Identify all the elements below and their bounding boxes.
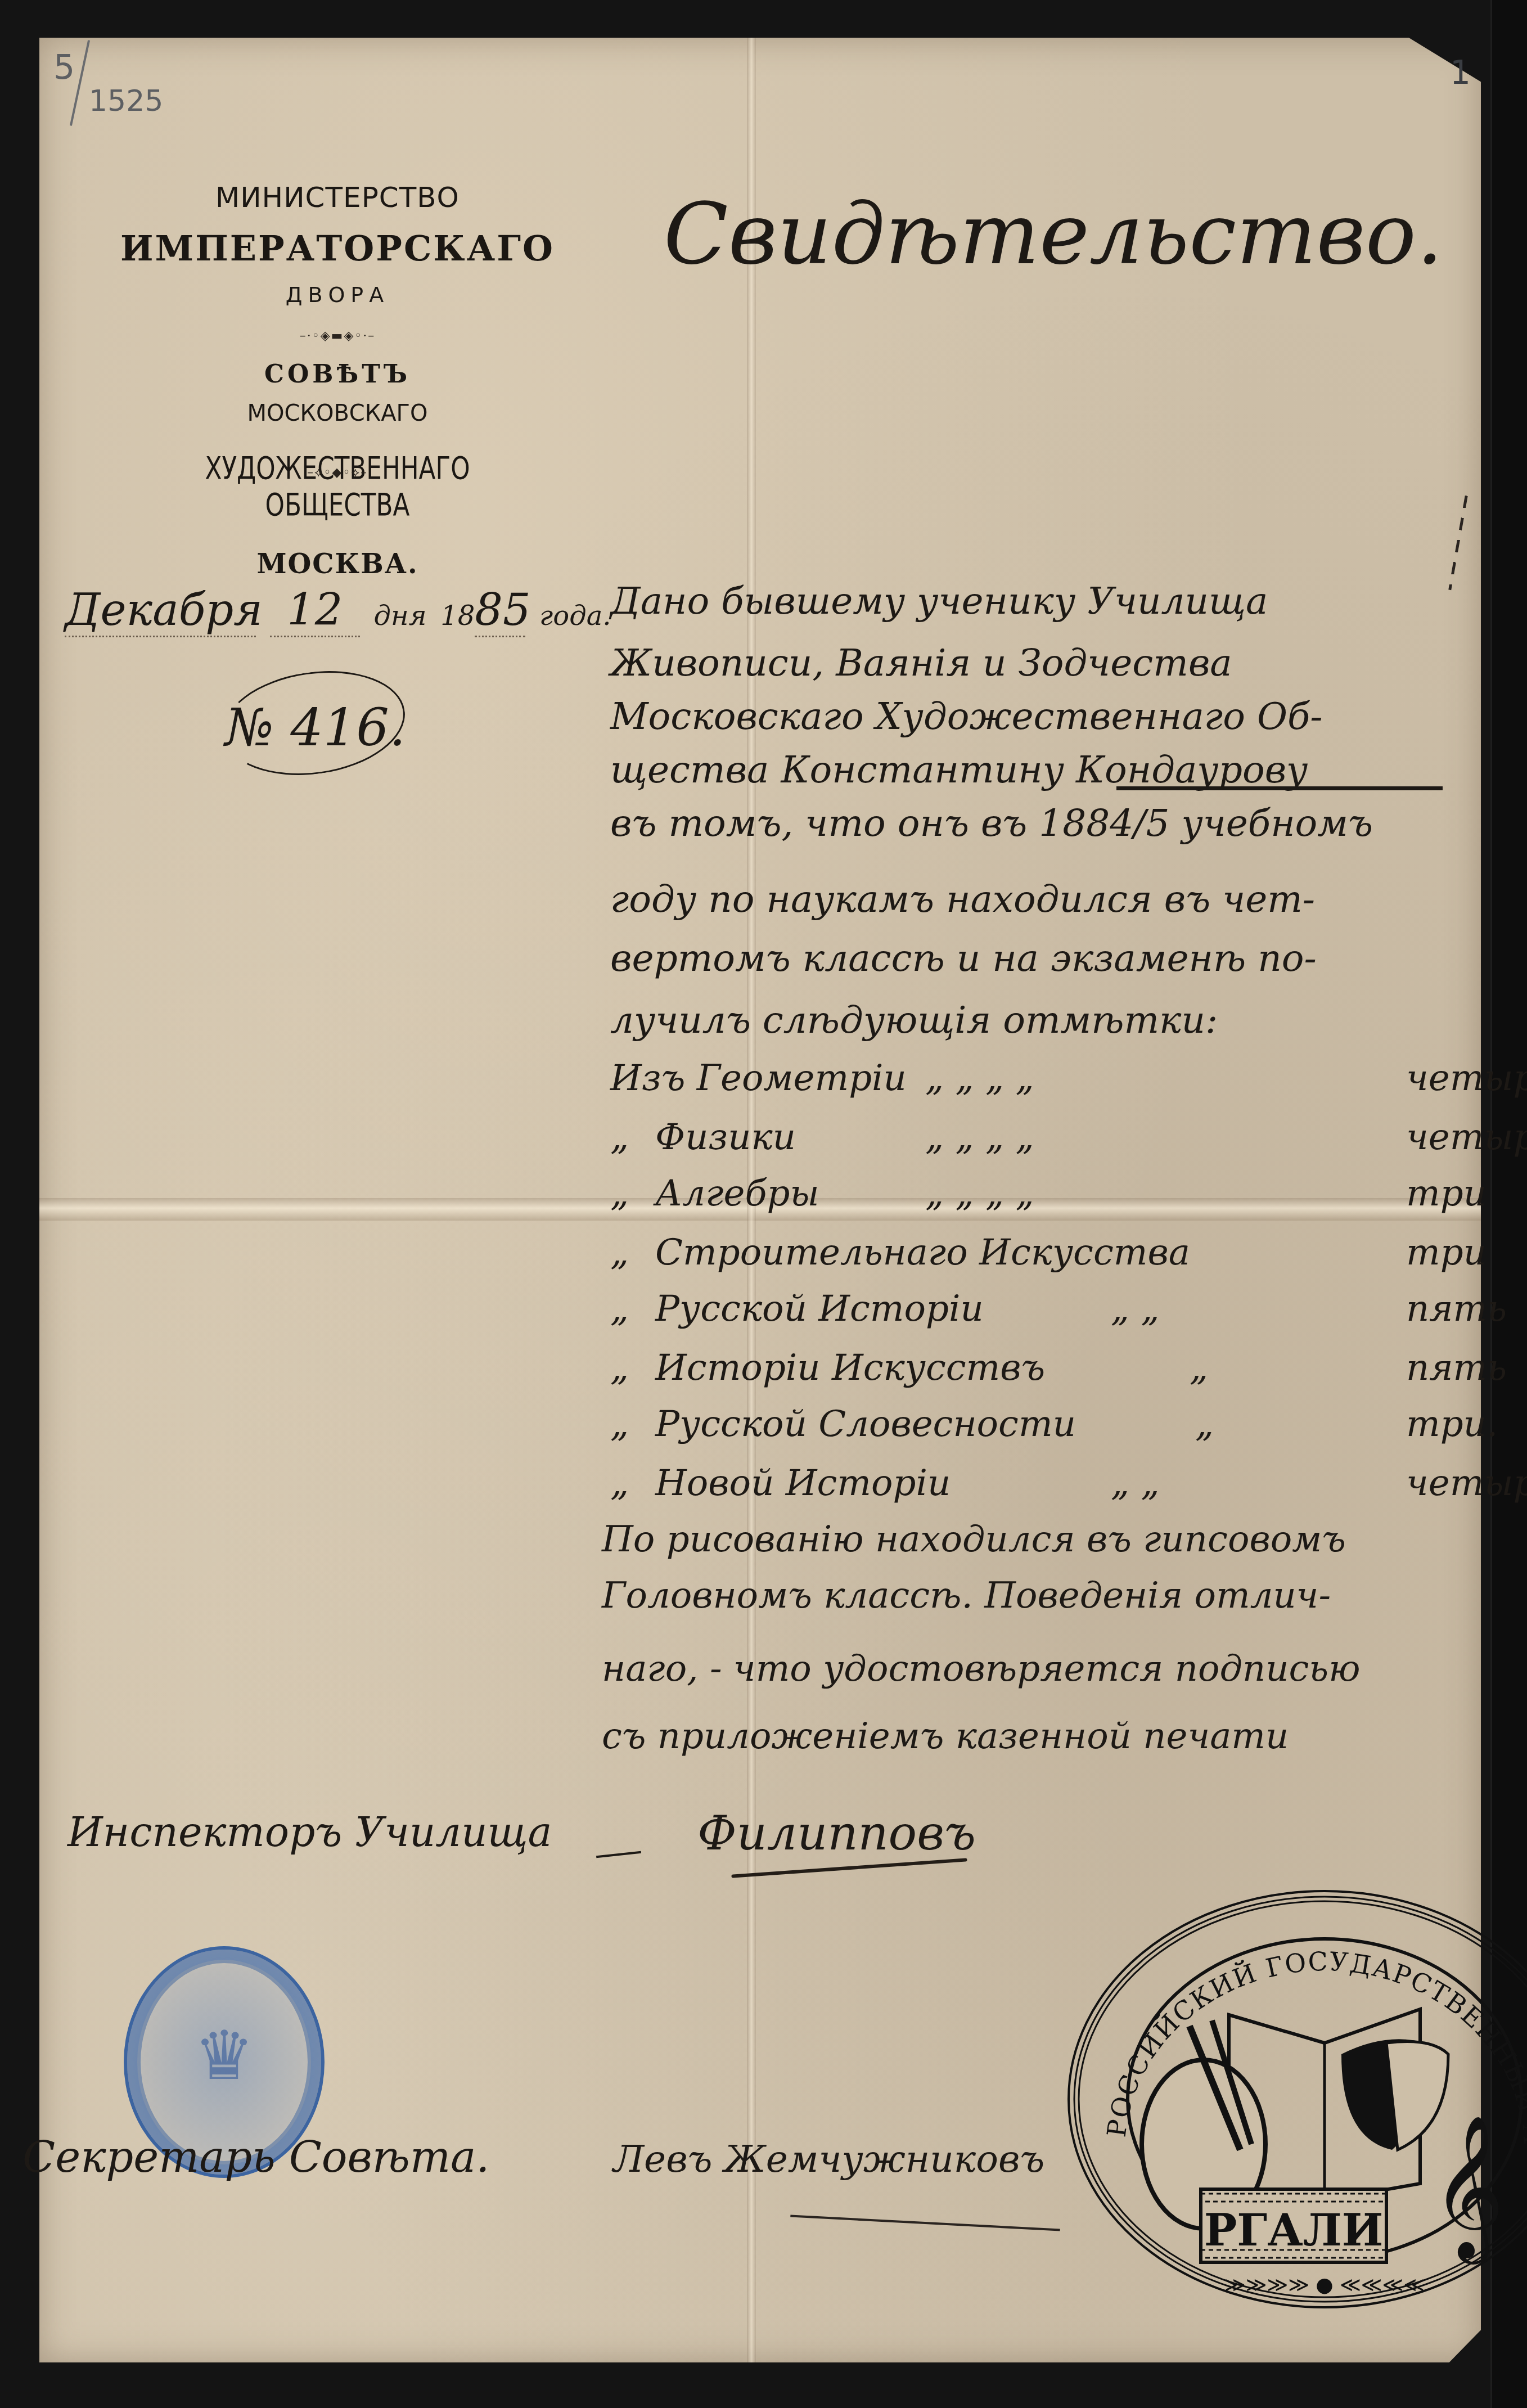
grade-row: „ Алгебры „ „ „ „ три xyxy=(610,1173,1454,1223)
letterhead-moscow-adj: МОСКОВСКАГО xyxy=(90,400,585,426)
grade-subject: Изъ Геометріи xyxy=(610,1057,907,1099)
grade-subject: Строительнаго Искусства xyxy=(655,1232,1190,1273)
grade-value: четыре xyxy=(1406,1462,1527,1504)
grade-ditto: „ xyxy=(610,1347,629,1389)
body-line-5: въ томъ, что онъ въ 1884/5 учебномъ xyxy=(610,802,1373,845)
grade-ditto-marks: „ „ xyxy=(1111,1462,1160,1504)
grade-ditto-marks: „ „ „ „ xyxy=(925,1173,1034,1214)
rgali-archive-stamp: РОССИЙСКИЙ ГОСУДАРСТВЕННЫЙ АРХИВ ЛИТЕРАТ… xyxy=(1060,1885,1527,2313)
grade-row: „ Физики „ „ „ „ четыре xyxy=(610,1117,1454,1167)
body-line-6: году по наукамъ находился въ чет- xyxy=(610,877,1315,921)
body-line-3: Московскаго Художественнаго Об- xyxy=(610,695,1323,738)
date-year-label: года. xyxy=(539,600,611,632)
svg-text:РГАЛИ: РГАЛИ xyxy=(1204,2205,1384,2256)
grade-subject: Русской Словесности xyxy=(655,1403,1076,1445)
grade-subject: Новой Исторіи xyxy=(655,1462,951,1504)
svg-text:𝄞: 𝄞 xyxy=(1431,2114,1505,2265)
letterhead-society: ХУДОЖЕСТВЕННАГО ОБЩЕСТВА xyxy=(145,450,530,523)
grade-subject: Физики xyxy=(655,1117,796,1158)
inspector-signature: Филипповъ xyxy=(697,1806,976,1861)
grade-value: пять xyxy=(1406,1347,1507,1389)
grade-value: четыре xyxy=(1406,1117,1527,1158)
letterhead-ministry: МИНИСТЕРСТВО xyxy=(90,181,585,214)
closing-line-2: Головномъ классѣ. Поведенія отлич- xyxy=(602,1575,1331,1617)
svg-text:≫≫≫≫ ● ≪≪≪≪: ≫≫≫≫ ● ≪≪≪≪ xyxy=(1224,2274,1425,2297)
double-headed-eagle-icon: ♛ xyxy=(127,2017,321,2095)
date-line: Декабря 12 дня 1885 года. xyxy=(65,585,611,637)
grade-ditto: „ xyxy=(610,1117,629,1158)
body-line-2: Живописи, Ваянія и Зодчества xyxy=(610,641,1232,685)
grade-value: три xyxy=(1406,1173,1487,1214)
letterhead-imperial: ИМПЕРАТОРСКАГО xyxy=(90,228,585,269)
grade-ditto: „ xyxy=(610,1462,629,1504)
document-title: Свидѣтельство. xyxy=(664,186,1443,283)
grade-ditto: „ xyxy=(610,1232,629,1273)
grade-row: „ Строительнаго Искусства три xyxy=(610,1232,1454,1282)
grade-subject: Алгебры xyxy=(655,1173,819,1214)
closing-line-4: съ приложеніемъ казенной печати xyxy=(602,1716,1289,1757)
grade-subject: Русской Исторіи xyxy=(655,1288,984,1330)
grade-row: „ Русской Словесности „ три. xyxy=(610,1403,1454,1454)
archive-stamp-graphic: РОССИЙСКИЙ ГОСУДАРСТВЕННЫЙ АРХИВ ЛИТЕРАТ… xyxy=(1060,1885,1527,2313)
grade-ditto: „ xyxy=(610,1173,629,1214)
grade-subject: Исторіи Искусствъ xyxy=(655,1347,1045,1389)
grade-row: Изъ Геометріи „ „ „ „ четыре xyxy=(610,1057,1454,1108)
grade-ditto: „ xyxy=(610,1403,629,1445)
ornament-divider-2: –⟡◦◆◦⟡– xyxy=(270,466,405,475)
document-number: № 416. xyxy=(225,697,406,758)
date-year-suffix: 85 xyxy=(475,585,525,637)
grade-value: пять xyxy=(1406,1288,1507,1330)
grade-ditto-marks: „ „ „ „ xyxy=(925,1117,1034,1158)
grade-value: три xyxy=(1406,1232,1487,1273)
body-line-8: лучилъ слѣдующія отмѣтки: xyxy=(610,998,1218,1042)
grade-row: „ Русской Исторіи „ „ пять xyxy=(610,1288,1454,1339)
body-line-7: вертомъ классѣ и на экзаменѣ по- xyxy=(610,937,1317,980)
closing-line-1: По рисованію находился въ гипсовомъ xyxy=(602,1519,1346,1560)
grade-ditto-marks: „ „ „ „ xyxy=(925,1057,1034,1099)
inspector-label: Инспекторъ Училища xyxy=(67,1808,552,1856)
grade-row: „ Исторіи Искусствъ „ пять xyxy=(610,1347,1454,1398)
date-day: 12 xyxy=(270,585,360,637)
body-line-1: Дано бывшему ученику Училища xyxy=(610,579,1268,623)
date-day-label: дня xyxy=(374,600,427,632)
fond-number: 5 xyxy=(53,48,75,87)
secretary-signature: Левъ Жемчужниковъ xyxy=(613,2137,1044,2181)
grade-row: „ Новой Исторіи „ „ четыре xyxy=(610,1462,1454,1513)
grade-ditto-marks: „ xyxy=(1195,1403,1214,1445)
grade-value: четыре xyxy=(1406,1057,1527,1099)
body-line-4: щества Константину Кондаурову xyxy=(610,748,1308,791)
closing-line-3: наго, - что удостовѣряется подписью xyxy=(602,1648,1360,1690)
date-year-prefix: 18 xyxy=(440,600,475,632)
grade-value: три. xyxy=(1406,1403,1498,1445)
grade-ditto-marks: „ „ xyxy=(1111,1288,1160,1330)
item-number: 1525 xyxy=(89,84,163,118)
grade-ditto-marks: „ xyxy=(1190,1347,1208,1389)
letterhead-city: МОСКВА. xyxy=(90,548,585,580)
letterhead-court: ДВОРА xyxy=(90,282,585,307)
grade-ditto: „ xyxy=(610,1288,629,1330)
ornament-divider: –·◦◈▬◈◦·– xyxy=(270,329,405,338)
secretary-label: Секретарь Совѣта. xyxy=(22,2132,489,2182)
svg-text:РОССИЙСКИЙ ГОСУДАРСТВЕННЫЙ АРХ: РОССИЙСКИЙ ГОСУДАРСТВЕННЫЙ АРХИВ ЛИТЕРАТ… xyxy=(1060,1885,1527,2145)
date-month: Декабря xyxy=(65,585,256,637)
sheet-number: 1 xyxy=(1450,53,1471,92)
letterhead-council: СОВѢТЪ xyxy=(90,360,585,389)
surname-underline xyxy=(1116,786,1443,790)
